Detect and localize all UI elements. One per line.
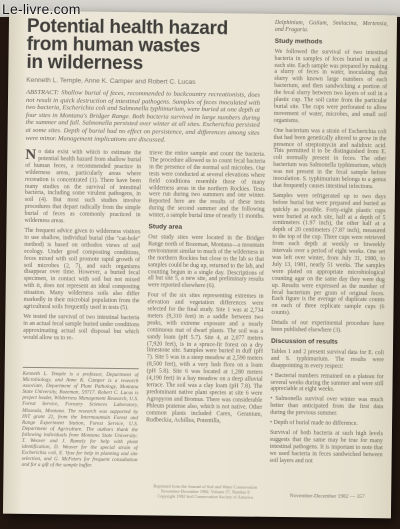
bullet-item: • Depth of burial made no difference.: [270, 420, 383, 428]
paragraph: We followed the survival of two intestin…: [274, 49, 388, 126]
paragraph: Our study sites were located in the Brid…: [148, 234, 265, 291]
paragraph: Survival of both bacteria at such high l…: [270, 430, 383, 466]
paragraph: Samples were refrigerated up to two days…: [271, 193, 386, 319]
journal-page: Potential health hazard from human waste…: [3, 11, 397, 519]
authors-byline: Kenneth L. Temple, Anne K. Camper and Ro…: [26, 77, 262, 87]
section-heading-study-area: Study area: [148, 224, 264, 232]
title-line-3: in wilderness: [26, 54, 262, 75]
paragraph: One bacterium was a strain of Escherichi…: [273, 128, 387, 192]
paragraph: Tables 1 and 2 present survival data for…: [271, 349, 384, 371]
paragraph: trieve the entire sample and count the b…: [149, 150, 266, 220]
body-column-left: No data exist with which to estimate the…: [23, 149, 142, 362]
drop-cap: N: [25, 149, 38, 161]
body-column-center: trieve the entire sample and count the b…: [145, 150, 265, 481]
bullet-item: • Salmonella survival over winter was mu…: [270, 396, 383, 418]
author-footnote: Kenneth L. Temple is a professor, Depart…: [21, 367, 138, 482]
paragraph: The frequent advice given to wilderness …: [23, 228, 140, 312]
watermark-text: Le-livre.com: [2, 1, 81, 17]
article-title: Potential health hazard from human waste…: [26, 18, 263, 75]
body-column-right: Delphinium, Galium, Smilacina, Mertensia…: [269, 20, 388, 483]
credit-line: Copyright 1982 Soil Conservation Society…: [115, 493, 295, 500]
section-heading-study-methods: Study methods: [275, 39, 388, 47]
bullet-item: • Bacterial numbers remained on a platea…: [270, 372, 383, 394]
paragraph: Details of our experimental procedure ha…: [271, 320, 384, 335]
paragraph: Four of the six sites representing extre…: [146, 293, 264, 426]
photo-background: { "watermark": { "label": "Le-livre.com"…: [0, 0, 400, 529]
paragraph-leadin-species: Delphinium, Galium, Smilacina, Mertensia…: [275, 20, 388, 35]
paragraph: We tested the survival of two intestinal…: [23, 314, 139, 343]
paragraph: No data exist with which to estimate the…: [24, 149, 141, 226]
section-heading-discussion: Discussion of results: [271, 339, 384, 347]
paragraph-text: o data exist with which to estimate the …: [24, 149, 141, 224]
reprint-credit: Reprinted from the Journal of Soil and W…: [115, 483, 295, 501]
abstract-text: ABSTRACT: Shallow burial of feces, recom…: [25, 89, 260, 145]
